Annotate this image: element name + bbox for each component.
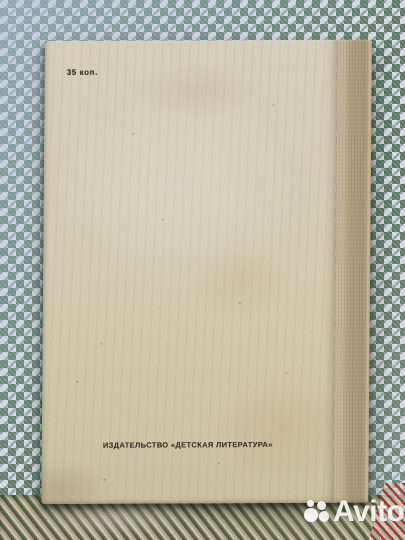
book-back-cover: 35 коп. ИЗДАТЕЛЬСТВО «ДЕТСКАЯ ЛИТЕРАТУРА… [41, 40, 372, 504]
avito-logo-dot-medium-2 [319, 511, 330, 522]
avito-logo-dot-small [307, 500, 314, 507]
photo-scene: 35 коп. ИЗДАТЕЛЬСТВО «ДЕТСКАЯ ЛИТЕРАТУРА… [0, 0, 405, 540]
avito-logo-icon [299, 495, 332, 528]
publisher-label: ИЗДАТЕЛЬСТВО «ДЕТСКАЯ ЛИТЕРАТУРА» [42, 440, 334, 450]
avito-watermark: Avito [299, 495, 404, 528]
book-paper-cover: 35 коп. ИЗДАТЕЛЬСТВО «ДЕТСКАЯ ЛИТЕРАТУРА… [41, 40, 337, 504]
book-cloth-spine [333, 40, 372, 503]
price-label: 35 коп. [67, 68, 98, 77]
avito-logo-dot-large [304, 508, 318, 522]
paper-specks [45, 41, 47, 43]
avito-wordmark: Avito [333, 497, 404, 527]
avito-logo-dot-medium [317, 501, 326, 510]
